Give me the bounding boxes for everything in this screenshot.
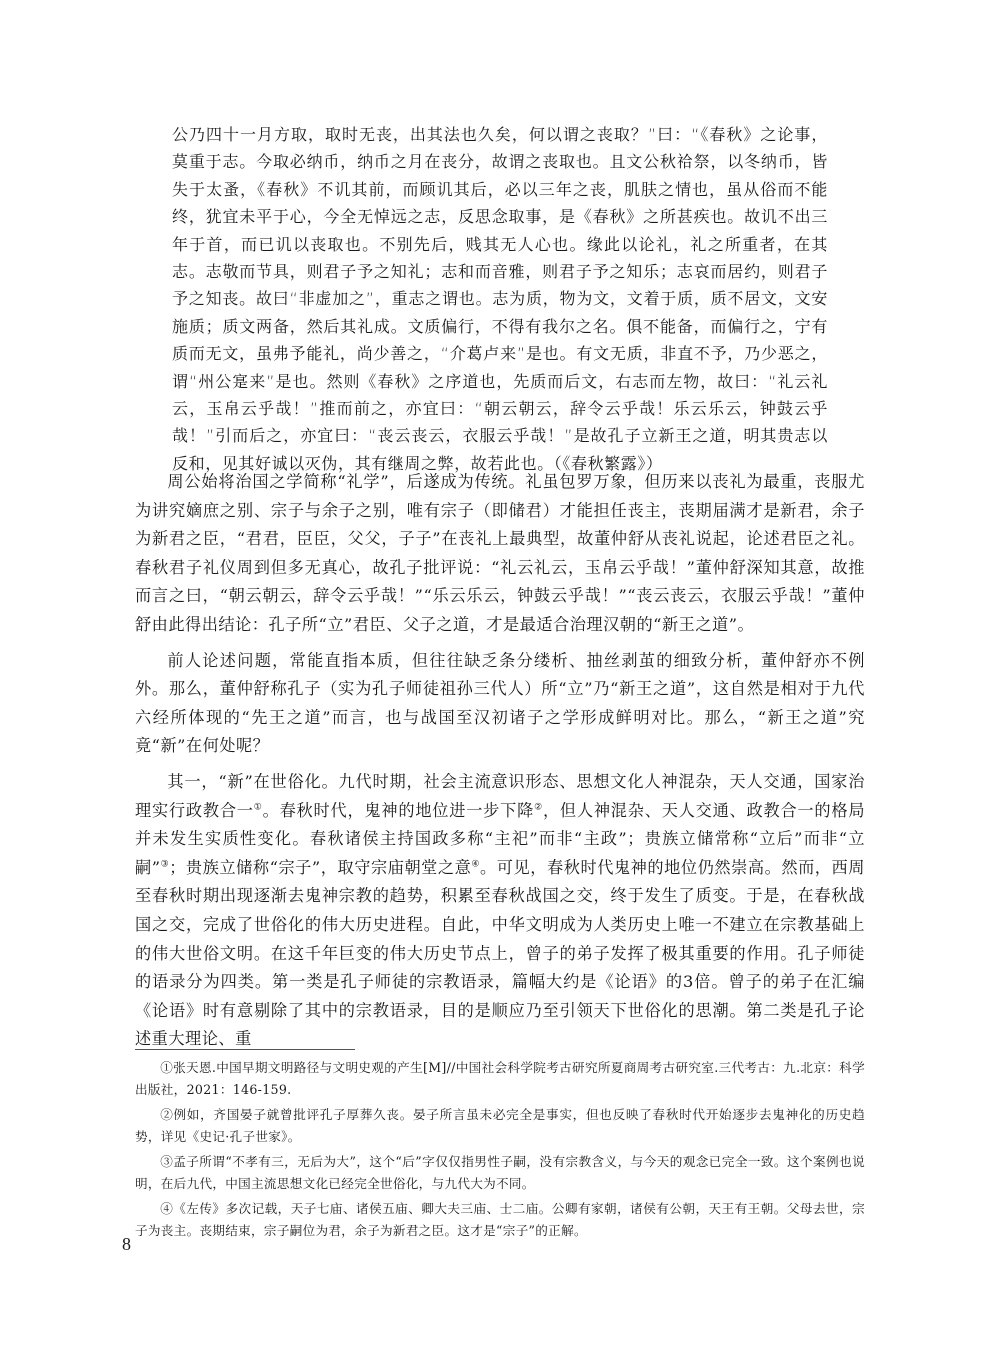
footnote-ref-1[interactable]: ① [254,802,263,812]
page-number: 8 [122,1234,131,1255]
footnote-2: ②例如，齐国晏子就曾批评孔子厚葬久丧。晏子所言虽未必完全是事实，但也反映了春秋时… [135,1104,865,1148]
paragraph-3-part-d: ；贵族立储称“宗子”，取守宗庙朝堂之意 [169,858,471,877]
footnote-ref-4[interactable]: ④ [471,859,480,869]
document-page: 公乃四十一月方取，取时无丧，出其法也久矣，何以谓之丧取？”曰：“《春秋》之论事，… [0,0,1000,1347]
block-quotation: 公乃四十一月方取，取时无丧，出其法也久矣，何以谓之丧取？”曰：“《春秋》之论事，… [172,121,828,477]
quotation-text: 公乃四十一月方取，取时无丧，出其法也久矣，何以谓之丧取？”曰：“《春秋》之论事，… [172,121,828,477]
paragraph-3-part-b: 。春秋时代，鬼神的地位进一步下降 [263,801,534,820]
paragraph-1: 周公始将治国之学简称“礼学”，后遂成为传统。礼虽包罗万象，但历来以丧礼为最重，丧… [135,468,865,640]
paragraph-2: 前人论述问题，常能直指本质，但往往缺乏条分缕析、抽丝剥茧的细致分析，董仲舒亦不例… [135,647,865,761]
footnote-ref-2[interactable]: ② [534,802,543,812]
footnotes: ①张天恩.中国早期文明路径与文明史观的产生[M]//中国社会科学院考古研究所夏商… [135,1057,865,1245]
paragraph-3-part-e: 。可见，春秋时代鬼神的地位仍然崇高。然而，西周至春秋时期出现逐渐去鬼神宗教的趋势… [135,858,865,1049]
footnote-4: ④《左传》多次记载，天子七庙、诸侯五庙、卿大夫三庙、士二庙。公卿有家朝，诸侯有公… [135,1198,865,1242]
footnote-3: ③孟子所谓“不孝有三，无后为大”，这个“后”字仅仅指男性子嗣，没有宗教含义，与今… [135,1151,865,1195]
paragraph-3: 其一，“新”在世俗化。九代时期，社会主流意识形态、思想文化人神混杂，天人交通，国… [135,768,865,1054]
body-text: 周公始将治国之学简称“礼学”，后遂成为传统。礼虽包罗万象，但历来以丧礼为最重，丧… [135,468,865,1054]
footnote-ref-3[interactable]: ③ [161,859,170,869]
footnote-separator [135,1049,355,1050]
footnote-1: ①张天恩.中国早期文明路径与文明史观的产生[M]//中国社会科学院考古研究所夏商… [135,1057,865,1101]
